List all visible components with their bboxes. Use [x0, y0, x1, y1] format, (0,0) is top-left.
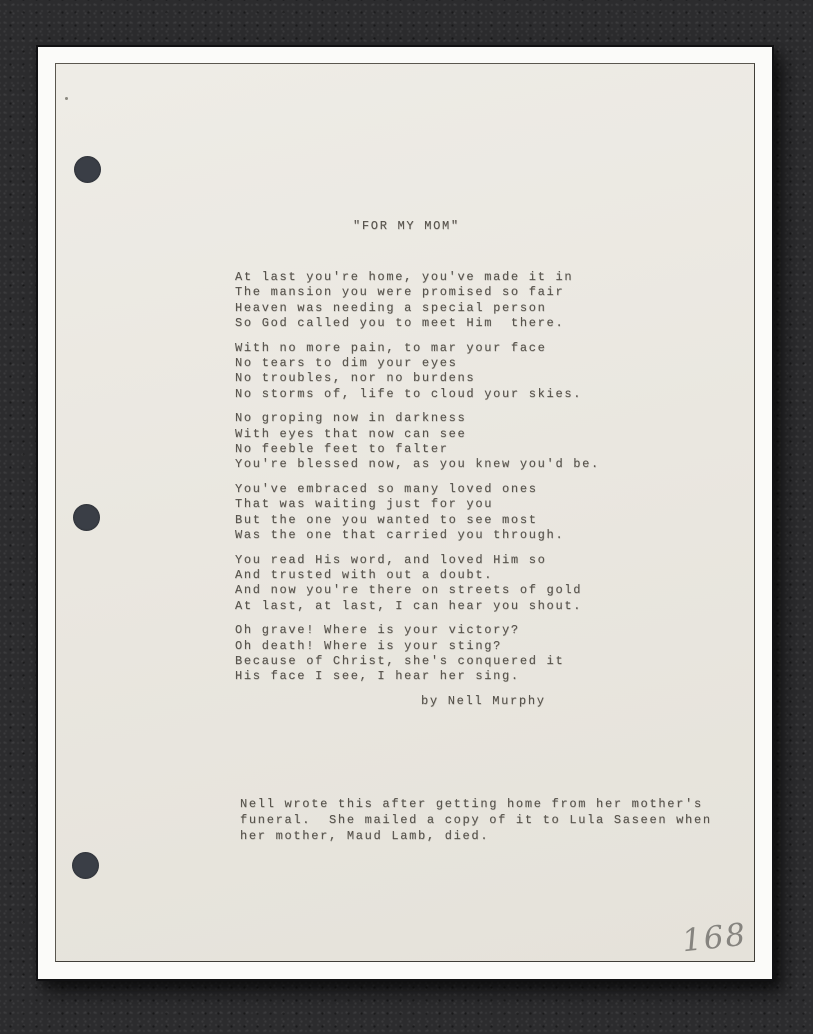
stanza: You read His word, and loved Him so And …: [235, 553, 600, 615]
scan-background: { "document": { "title": "\"FOR MY MOM\"…: [0, 0, 813, 1034]
hole-punch: [73, 504, 100, 531]
poem-line: Was the one that carried you through.: [235, 528, 600, 543]
footnote-line: funeral. She mailed a copy of it to Lula…: [240, 812, 712, 828]
poem-line: And now you're there on streets of gold: [235, 583, 600, 598]
poem-line: Because of Christ, she's conquered it: [235, 654, 600, 669]
photo-frame: "FOR MY MOM" At last you're home, you've…: [36, 45, 774, 981]
footnote: Nell wrote this after getting home from …: [240, 796, 712, 844]
handwritten-page-number: 168: [680, 917, 749, 960]
poem-line: At last, at last, I can hear you shout.: [235, 599, 600, 614]
footnote-line: Nell wrote this after getting home from …: [240, 796, 712, 812]
stanza: At last you're home, you've made it in T…: [235, 270, 600, 332]
hole-punch: [72, 852, 99, 879]
poem-line: No storms of, life to cloud your skies.: [235, 387, 600, 402]
poem-line: But the one you wanted to see most: [235, 513, 600, 528]
poem-line: Oh grave! Where is your victory?: [235, 623, 600, 638]
poem-line: With eyes that now can see: [235, 427, 600, 442]
poem-line: At last you're home, you've made it in: [235, 270, 600, 285]
stanza: You've embraced so many loved ones That …: [235, 482, 600, 544]
stanza: No groping now in darkness With eyes tha…: [235, 411, 600, 473]
poem-line: You read His word, and loved Him so: [235, 553, 600, 568]
poem-line: The mansion you were promised so fair: [235, 285, 600, 300]
stanza: With no more pain, to mar your face No t…: [235, 341, 600, 403]
scanned-page: "FOR MY MOM" At last you're home, you've…: [55, 63, 755, 962]
footnote-line: her mother, Maud Lamb, died.: [240, 828, 712, 844]
poem-line: No feeble feet to falter: [235, 442, 600, 457]
poem-line: That was waiting just for you: [235, 497, 600, 512]
poem-title: "FOR MY MOM": [353, 219, 460, 233]
hole-punch: [74, 156, 101, 183]
poem-line: With no more pain, to mar your face: [235, 341, 600, 356]
poem-line: And trusted with out a doubt.: [235, 568, 600, 583]
poem-line: No tears to dim your eyes: [235, 356, 600, 371]
poem-line: You've embraced so many loved ones: [235, 482, 600, 497]
poem: At last you're home, you've made it in T…: [235, 270, 600, 709]
poem-attribution: by Nell Murphy: [235, 694, 600, 709]
poem-line: His face I see, I hear her sing.: [235, 669, 600, 684]
stanza: Oh grave! Where is your victory? Oh deat…: [235, 623, 600, 685]
poem-line: No troubles, nor no burdens: [235, 371, 600, 386]
poem-line: No groping now in darkness: [235, 411, 600, 426]
poem-line: You're blessed now, as you knew you'd be…: [235, 457, 600, 472]
poem-line: So God called you to meet Him there.: [235, 316, 600, 331]
poem-line: Oh death! Where is your sting?: [235, 639, 600, 654]
paper-speck: [65, 97, 68, 100]
poem-line: Heaven was needing a special person: [235, 301, 600, 316]
